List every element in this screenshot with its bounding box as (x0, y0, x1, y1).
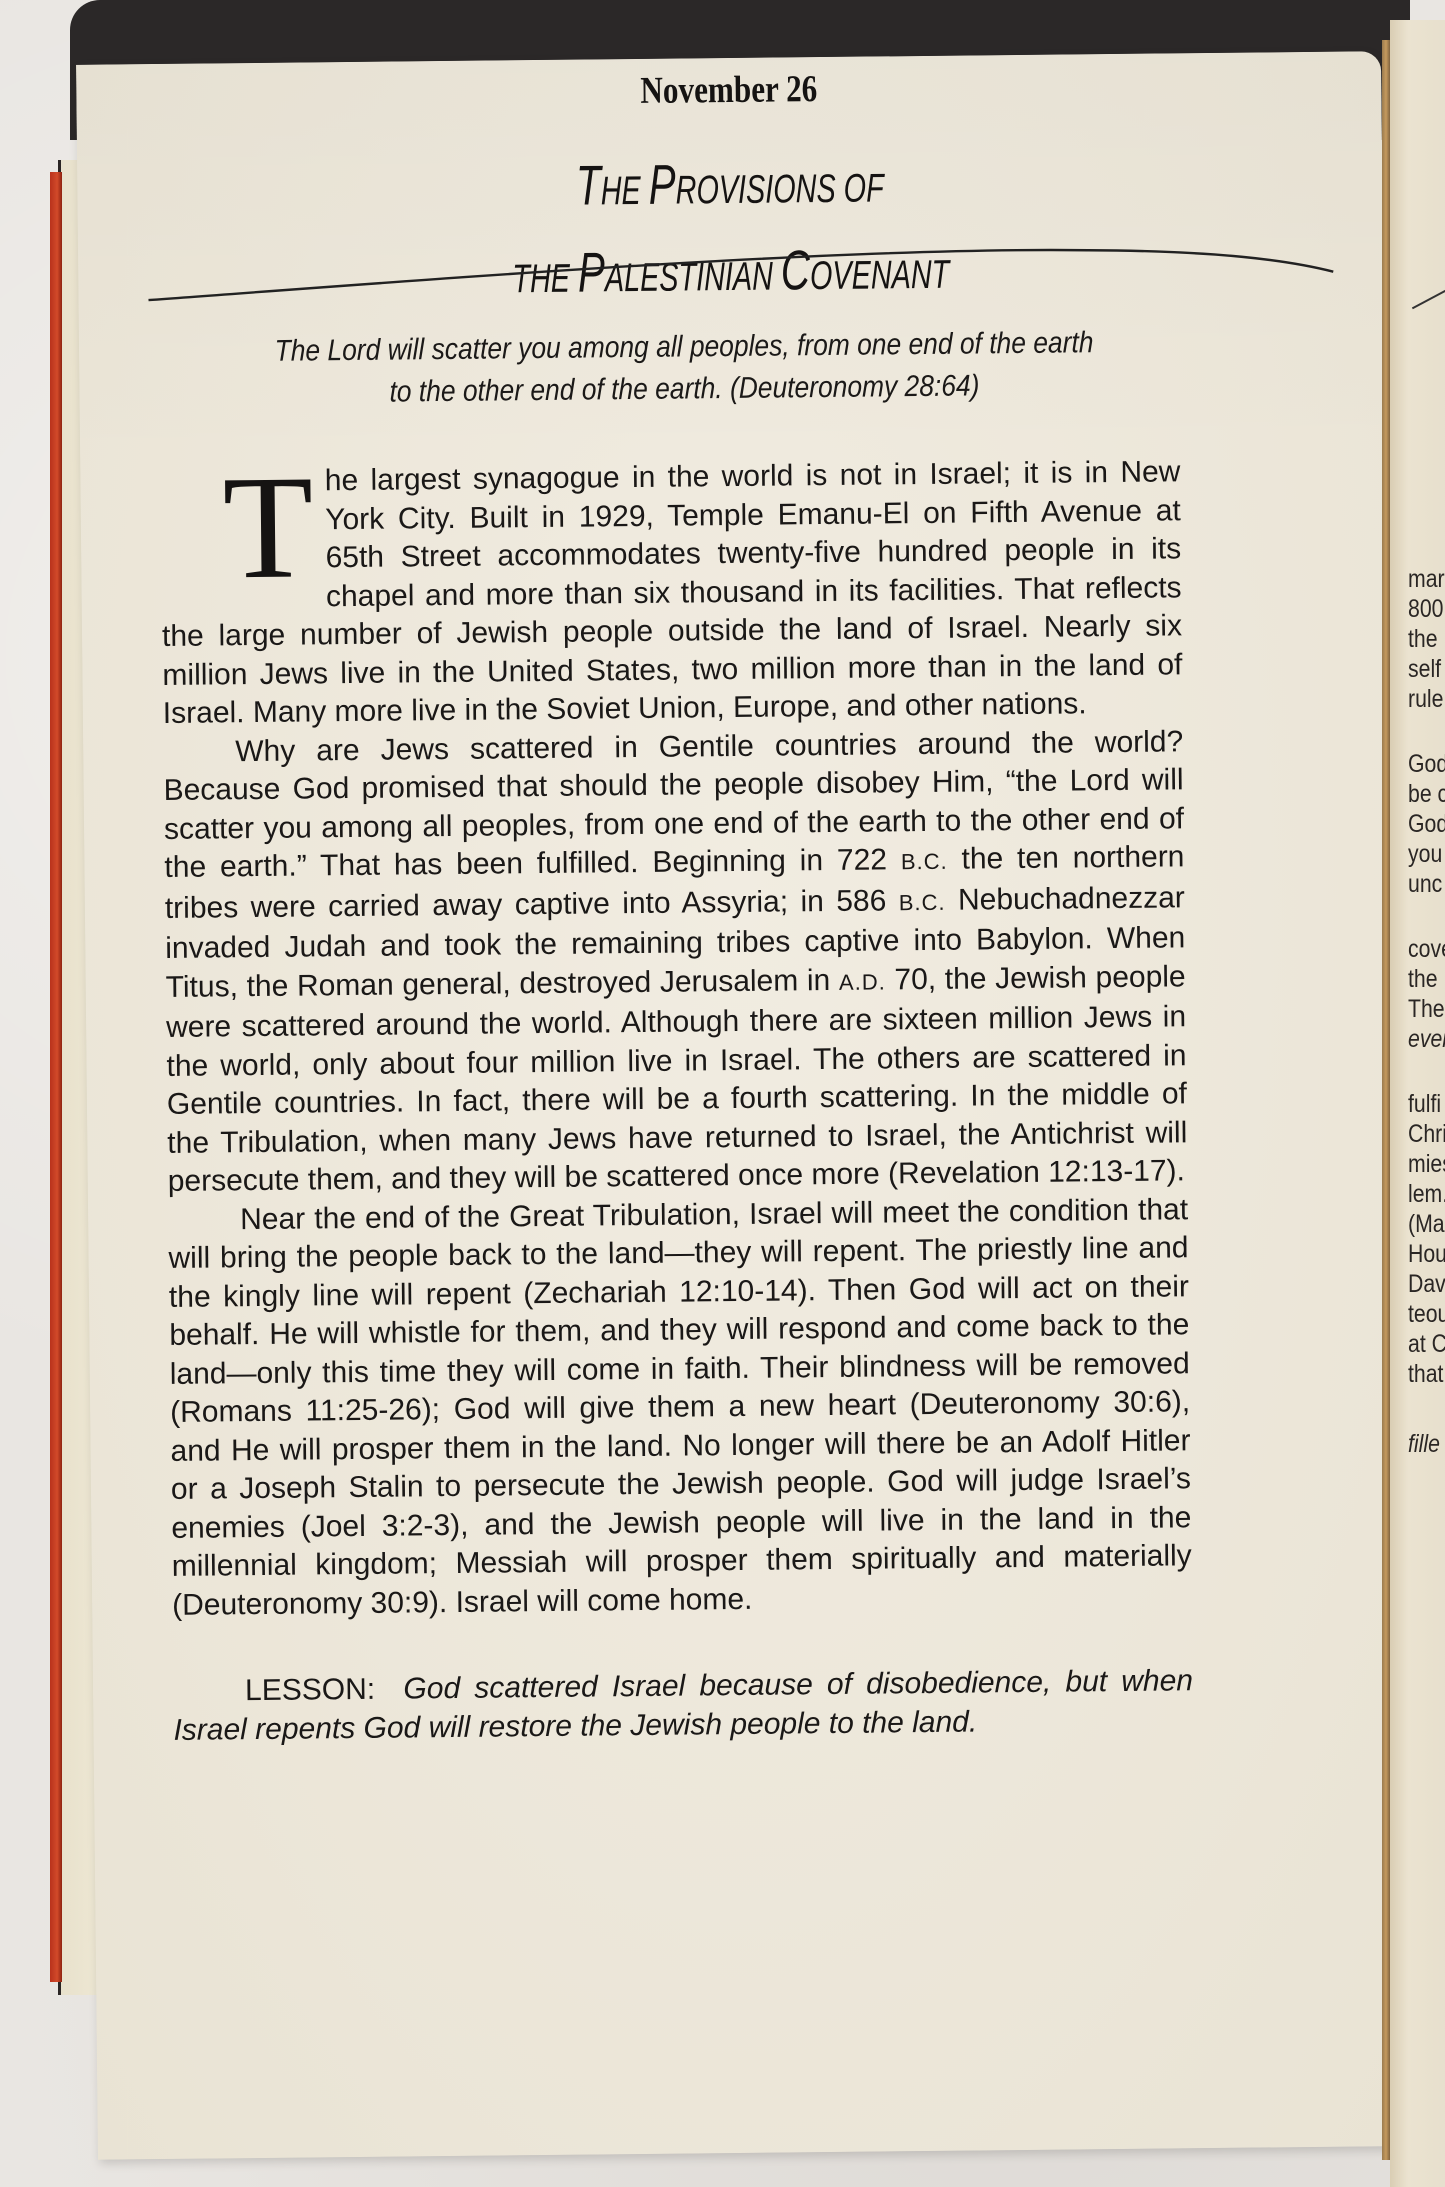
devotional-body: The largest synagogue in the world is no… (160, 453, 1193, 1750)
title-text: P (648, 153, 676, 216)
facing-page-fragment: the (1408, 965, 1438, 994)
facing-page-fragment: cove (1408, 935, 1445, 964)
facing-page-fragment: at C (1408, 1330, 1445, 1359)
title-line-1: THE PROVISIONS OF (260, 143, 1200, 240)
title-divider-rule (138, 229, 1389, 322)
facing-page-fragment: the (1408, 625, 1438, 654)
lesson-label: LESSON: (245, 1673, 375, 1707)
facing-page-fragment: Chri (1408, 1120, 1445, 1149)
facing-page-fragment: ever (1408, 1025, 1445, 1054)
facing-page-fragment: God (1408, 750, 1445, 779)
facing-page-fragment: that (1408, 1360, 1443, 1389)
facing-page-fragment: you (1408, 840, 1442, 869)
title-text: T (576, 153, 601, 216)
facing-page-fragment: mar (1408, 565, 1445, 594)
facing-page-fragment: fille (1408, 1430, 1440, 1459)
facing-page-fragment: teou (1408, 1300, 1445, 1329)
drop-cap: T (222, 468, 314, 587)
paragraph-text: Near the end of the Great Tribulation, I… (168, 1193, 1192, 1622)
facing-page-fragment: rule (1408, 685, 1443, 714)
facing-page-fragment: The (1408, 995, 1445, 1024)
facing-page-fragment: unc (1408, 870, 1442, 899)
paragraph-1: The largest synagogue in the world is no… (160, 453, 1183, 733)
era-abbreviation: B.C. (901, 849, 948, 874)
facing-page-fragment: fulfi (1408, 1090, 1441, 1119)
facing-page-fragment: Hou (1408, 1240, 1445, 1269)
facing-page-fragment: God (1408, 810, 1445, 839)
book-page: November 26 THE PROVISIONS OF THE PALEST… (76, 51, 1403, 2160)
paragraph-text: he largest synagogue in the world is not… (162, 455, 1183, 730)
facing-page-fragment: be c (1408, 780, 1445, 809)
era-abbreviation: A.D. (839, 969, 886, 994)
page-date-heading: November 26 (194, 62, 1265, 117)
lesson-block: LESSON: God scattered Israel because of … (173, 1662, 1194, 1750)
facing-page-rule (1412, 289, 1445, 310)
facing-page-fragment: Davi (1408, 1270, 1445, 1299)
title-text: HE (600, 169, 648, 214)
facing-page-fragment: 800, (1408, 595, 1445, 624)
facing-page-edge: mar800,theselfruleGodbe cGodyouunccoveth… (1390, 20, 1445, 2187)
facing-page-fragment: self (1408, 655, 1441, 684)
page-gutter (1382, 40, 1390, 2160)
epigraph-scripture-quote: The Lord will scatter you among all peop… (266, 322, 1103, 415)
paragraph-3: Near the end of the Great Tribulation, I… (168, 1191, 1192, 1625)
paragraph-2: Why are Jews scattered in Gentile countr… (163, 723, 1188, 1202)
title-text: ROVISIONS OF (675, 166, 883, 212)
facing-page-fragment: (Ma (1408, 1210, 1445, 1239)
facing-page-fragment: lem. (1408, 1180, 1445, 1209)
book-cover-edge (50, 172, 62, 1982)
facing-page-fragment: mies (1408, 1150, 1445, 1179)
era-abbreviation: B.C. (899, 889, 946, 914)
